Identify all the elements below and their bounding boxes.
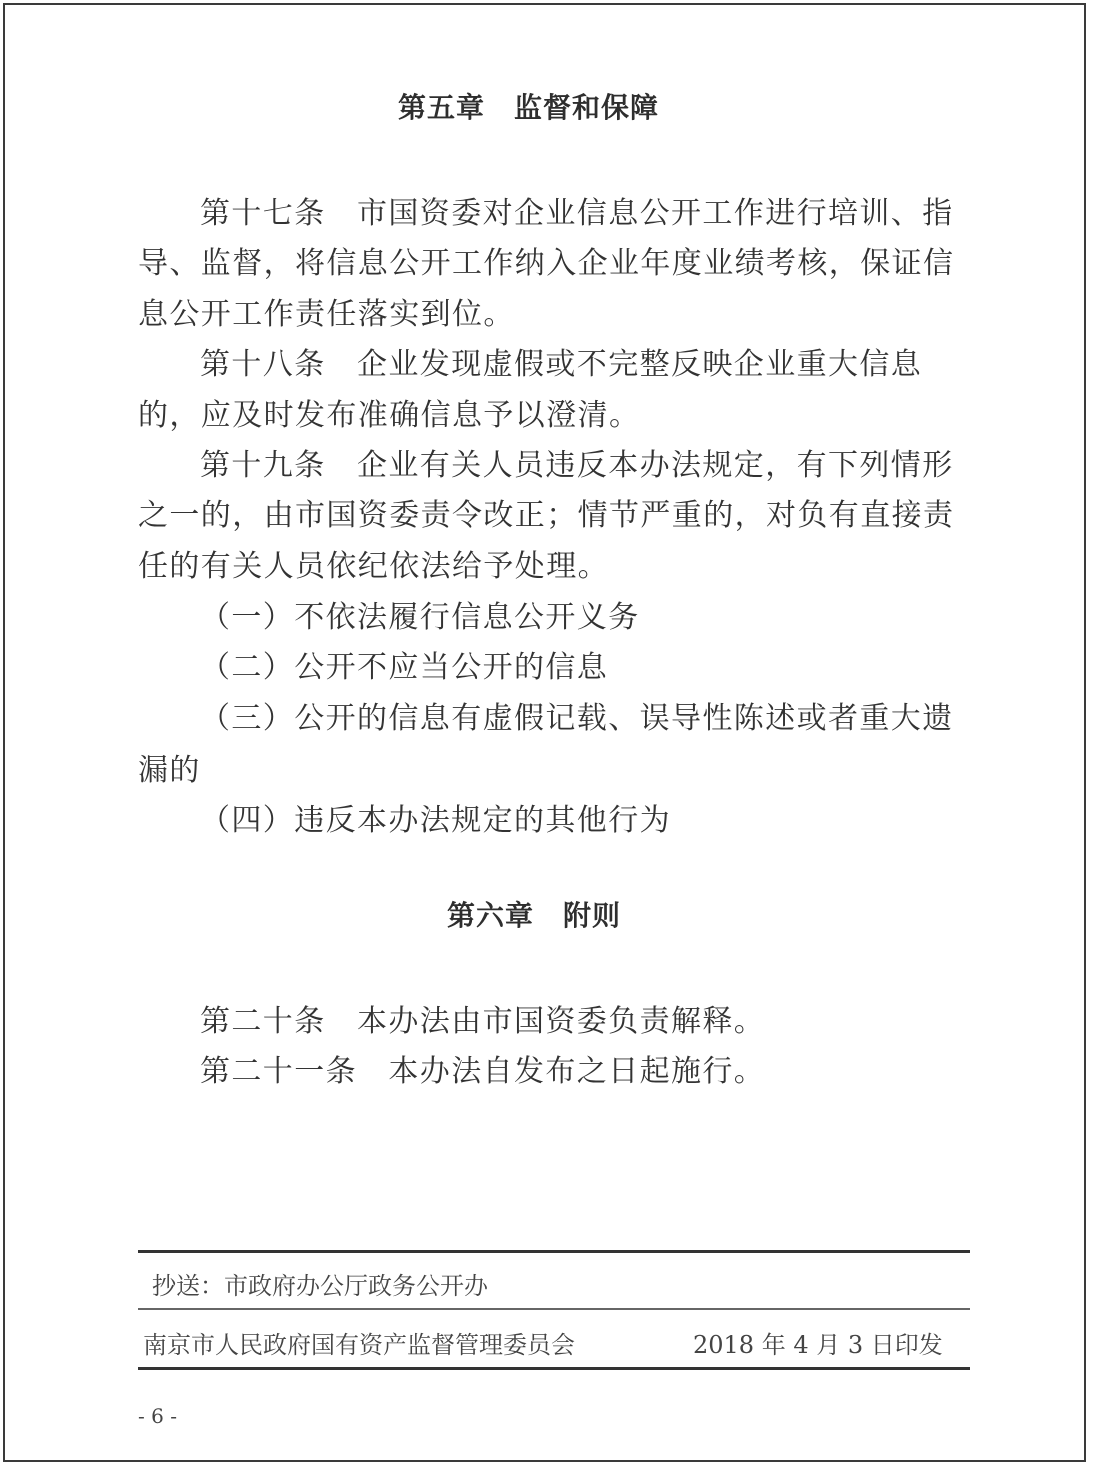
page-number: - 6 - [138,1404,177,1428]
article-17-line-3: 息公开工作责任落实到位。 [138,289,515,333]
article-19-line-2: 之一的，由市国资委责令改正；情节严重的，对负有直接责 [138,490,954,534]
chapter-5-title: 第五章 监督和保障 [398,86,659,126]
article-21: 第二十一条 本办法自发布之日起施行。 [200,1046,765,1090]
article-19-line-1: 第十九条 企业有关人员违反本办法规定，有下列情形 [200,440,954,484]
footer-rule-bottom [138,1367,970,1370]
article-19-item-2: （二）公开不应当公开的信息 [200,642,608,686]
article-19-item-3-cont: 漏的 [138,745,201,789]
chapter-6-title: 第六章 附则 [447,894,621,934]
issuer-name: 南京市人民政府国有资产监督管理委员会 [143,1325,575,1360]
article-19-line-3: 任的有关人员依纪依法给予处理。 [138,541,609,585]
footer-rule-middle [138,1308,970,1310]
article-19-item-3: （三）公开的信息有虚假记载、误导性陈述或者重大遗 [200,693,954,737]
article-18-line-1: 第十八条 企业发现虚假或不完整反映企业重大信息 [200,339,922,383]
article-17-line-1: 第十七条 市国资委对企业信息公开工作进行培训、指 [200,188,954,232]
footer-rule-top [138,1250,970,1253]
article-19-item-4: （四）违反本办法规定的其他行为 [200,795,671,839]
article-18-line-2: 的，应及时发布准确信息予以澄清。 [138,390,640,434]
issue-date: 2018 年 4 月 3 日印发 [693,1325,943,1360]
article-17-line-2: 导、监督，将信息公开工作纳入企业年度业绩考核，保证信 [138,238,954,282]
article-19-item-1: （一）不依法履行信息公开义务 [200,592,640,636]
cc-line: 抄送：市政府办公厅政务公开办 [152,1266,488,1301]
article-20: 第二十条 本办法由市国资委负责解释。 [200,996,765,1040]
